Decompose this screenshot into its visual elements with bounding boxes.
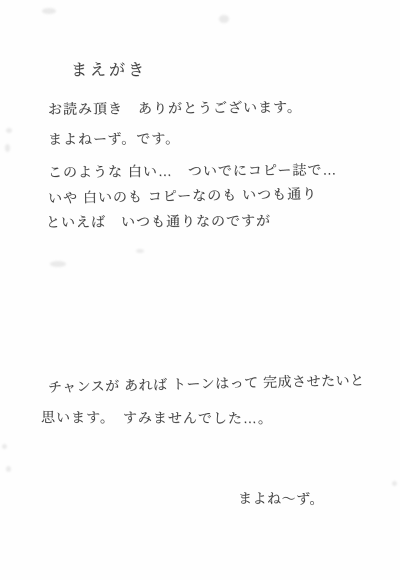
scan-smudge [6, 466, 11, 472]
scanned-preface-page: まえがき お読み頂き ありがとうございます。 まよねーず。です。 このような 白… [0, 0, 400, 580]
body-line-5: といえば いつも通りなのですが [46, 213, 271, 229]
body-line-1: お読み頂き ありがとうございます。 [48, 100, 302, 116]
preface-title: まえがき [71, 63, 147, 79]
scan-smudge [50, 261, 66, 267]
body-line-2: まよねーず。です。 [48, 131, 180, 146]
scan-smudge [219, 15, 229, 23]
body-line-3: このような 白い… ついでにコピー誌で… [48, 162, 337, 179]
scan-smudge [136, 249, 144, 253]
closing-line-2: 思います。 すみませんでした…。 [41, 410, 273, 425]
scan-smudge [42, 8, 56, 14]
author-signature: まよね〜ず。 [238, 491, 324, 506]
scan-smudge [2, 444, 7, 449]
body-line-4: いや 白いのも コピーなのも いつも通り [48, 186, 317, 205]
scan-smudge [5, 144, 10, 152]
scan-smudge [392, 481, 397, 486]
scan-smudge [6, 128, 12, 133]
closing-line-1: チャンスが あれば トーンはって 完成させたいと [48, 373, 365, 394]
